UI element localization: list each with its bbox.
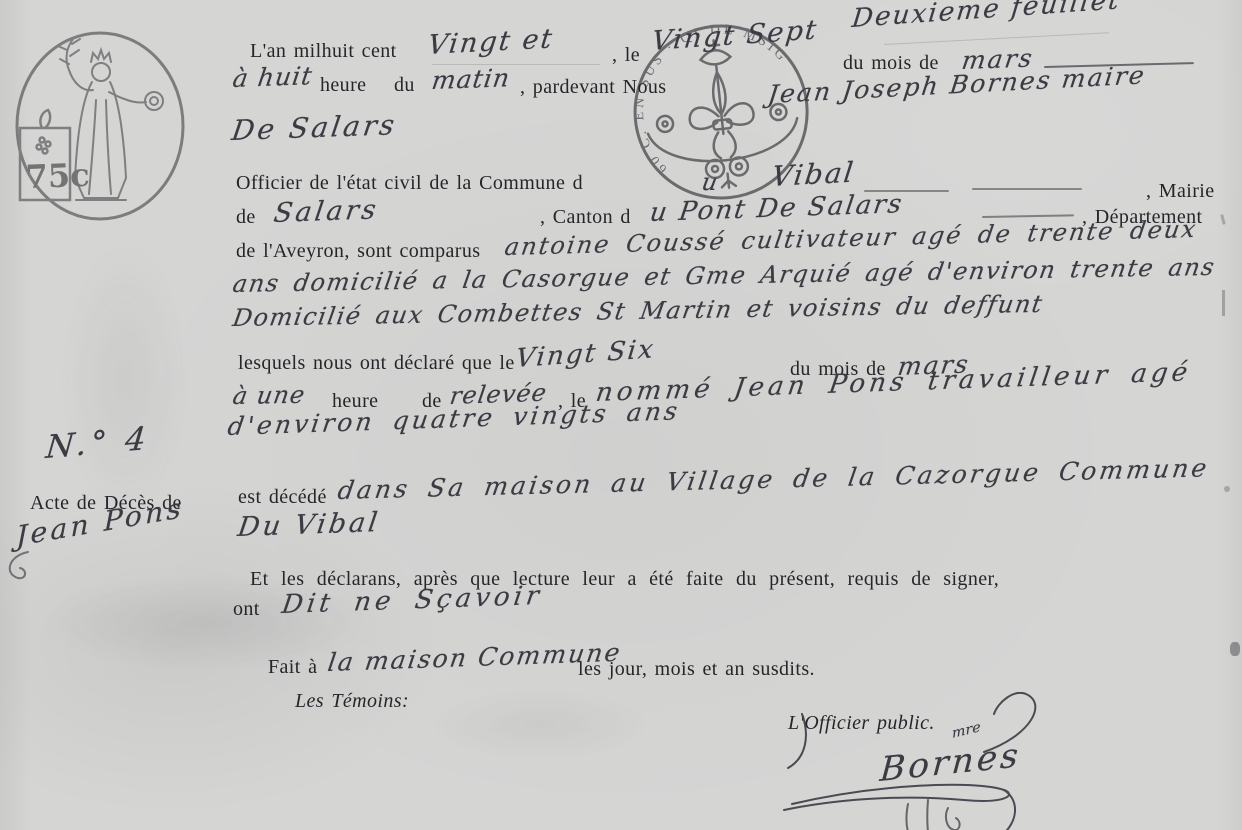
hw-death-place2: Du Vibal	[236, 507, 382, 543]
signature-tail-marks	[890, 798, 1020, 830]
pen-stroke	[972, 188, 1082, 190]
paper-texture	[60, 240, 190, 520]
document-page: 75c 60 C. EN SUS · QI DE MSIG Deuxieme f…	[0, 0, 1242, 830]
fiscal-stamp-value: 75c	[25, 156, 90, 196]
hw-officer-name: Jean Joseph Bornes maire	[766, 60, 1147, 109]
printed-hour-label: heure	[320, 74, 366, 97]
hw-death-hour: à une	[231, 381, 308, 410]
printed-ont: ont	[233, 598, 260, 621]
printed-declaration-prefix: lesquels nous ont déclaré que le	[238, 352, 515, 375]
printed-comparus-prefix: de l'Aveyron, sont comparus	[236, 240, 480, 263]
paper-texture	[430, 690, 650, 760]
hw-year: Vingt et	[426, 24, 555, 61]
hw-commune-line: De Salars	[230, 108, 400, 147]
edge-mark	[1224, 486, 1230, 492]
printed-officier-prefix: Officier de l'état civil de la Commune d	[236, 172, 583, 195]
printed-de: de	[236, 206, 256, 229]
hw-witness3: Domicilié aux Combettes St Martin et voi…	[231, 290, 1046, 332]
printed-day-prefix: , le	[612, 44, 640, 67]
hw-period: matin	[430, 63, 512, 95]
hw-deceased-intro: nommé Jean Pons travailleur agé	[594, 357, 1194, 408]
printed-mairie: , Mairie	[1146, 180, 1215, 203]
witnesses-label: Les Témoins:	[295, 690, 409, 713]
form-rule	[884, 32, 1109, 45]
hw-hour: à huit	[231, 61, 315, 93]
folio-note: Deuxieme feuillet	[850, 0, 1122, 34]
hw-death-place: dans Sa maison au Village de la Cazorgue…	[336, 453, 1212, 505]
printed-deces-prefix: est décédé	[238, 486, 327, 509]
printed-fait: Fait à	[268, 656, 317, 679]
printed-before-officer: , pardevant Nous	[520, 76, 666, 99]
pen-curl-mark	[0, 548, 34, 586]
printed-canton-prefix: , Canton d	[540, 206, 631, 229]
printed-year-prefix: L'an milhuit cent	[250, 40, 397, 63]
edge-mark	[1220, 214, 1225, 224]
edge-mark	[1222, 290, 1225, 316]
hw-commune-name: Vibal	[770, 156, 857, 193]
pen-stroke	[982, 214, 1074, 218]
printed-du: du	[394, 74, 415, 97]
edge-mark	[1230, 642, 1240, 656]
margin-act-number: N.° 4	[44, 419, 151, 466]
hw-mairie-commune: Salars	[272, 194, 381, 229]
fiscal-stamp: 75c	[12, 28, 188, 228]
hw-death-day: Vingt Six	[514, 334, 656, 374]
